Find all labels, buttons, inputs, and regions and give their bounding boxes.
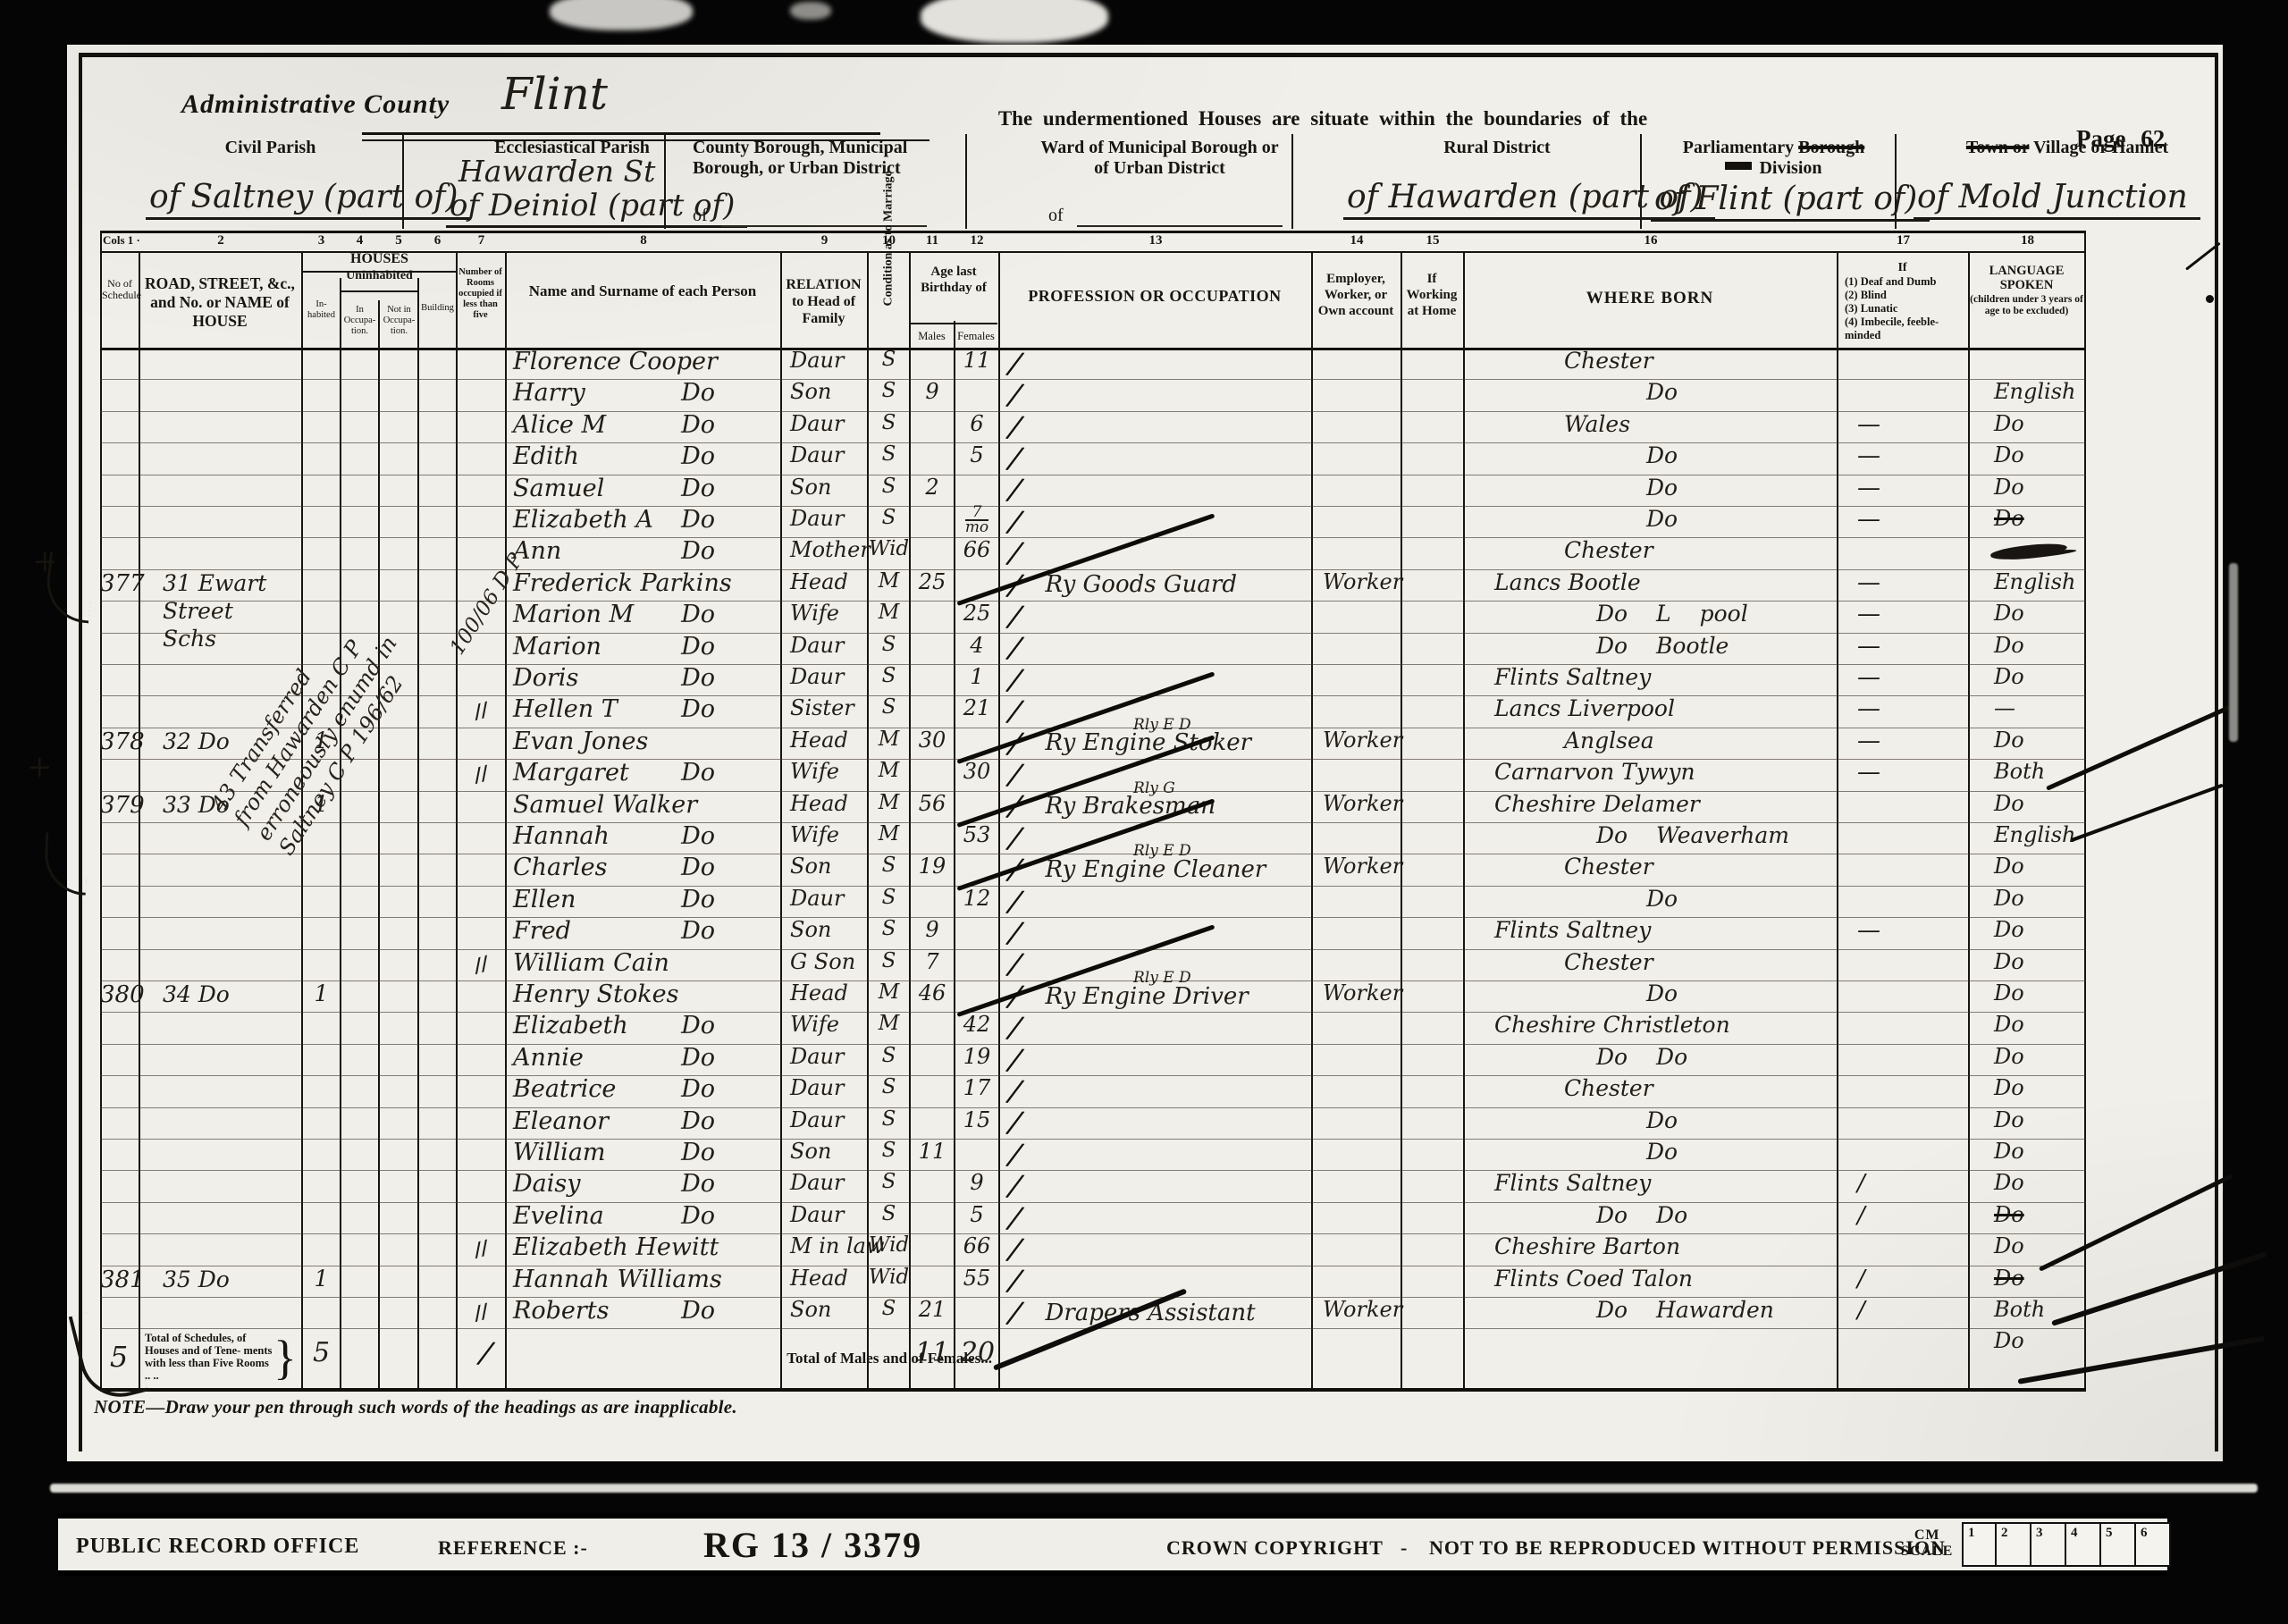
total-houses-value: 5 xyxy=(302,1337,341,1368)
header-females: Females xyxy=(955,323,997,348)
age-female-cell: 53 xyxy=(955,822,999,854)
film-artifact xyxy=(790,2,831,20)
occupation-cell: / xyxy=(999,1044,1312,1075)
age-female-cell: 15 xyxy=(955,1107,999,1139)
name-cell: RobertsDo xyxy=(506,1297,781,1328)
relation-cell: Daur xyxy=(781,506,868,537)
table-row: DaisyDoDaurS9/Flints Saltney/Do xyxy=(100,1170,2086,1202)
condition-cell: S xyxy=(868,348,910,379)
town-village-value: of Mold Junction xyxy=(1914,179,2200,220)
name-cell: Elizabeth Hewitt xyxy=(506,1233,781,1265)
occupation-cell: / xyxy=(999,1170,1312,1201)
census-table: Cols 1 ·23456789101112131415161718 No of… xyxy=(100,231,2086,1392)
table-row: EdithDoDaurS5/Do—Do xyxy=(100,442,2086,475)
schedule-cell: 379 xyxy=(100,791,139,822)
relation-cell: Daur xyxy=(781,348,868,379)
age-female-cell: 30 xyxy=(955,759,999,790)
division-word: Division xyxy=(1759,158,1821,178)
reference-bar: PUBLIC RECORD OFFICE REFERENCE :- RG 13 … xyxy=(58,1513,2167,1576)
table-row: CharlesDoSonS19/Rly E DRy Engine Cleaner… xyxy=(100,854,2086,886)
table-row: EvelinaDoDaurS5/Do Do/Do xyxy=(100,1202,2086,1234)
rule xyxy=(362,132,880,135)
age-female-cell: 5 xyxy=(955,442,999,474)
condition-cell: M xyxy=(868,791,910,822)
condition-cell: M xyxy=(868,728,910,759)
condition-cell: S xyxy=(868,1202,910,1233)
condition-cell: M xyxy=(868,1012,910,1043)
civil-parish-value: of Saltney (part of) xyxy=(146,179,471,220)
table-row: EleanorDoDaurS15/DoDo xyxy=(100,1107,2086,1140)
infirmity-mark-cell: — xyxy=(1838,664,1969,695)
occupation-cell: / xyxy=(999,1233,1312,1265)
header-schedule: No of Schedule xyxy=(102,251,138,348)
name-cell: HarryDo xyxy=(506,379,781,410)
condition-cell: S xyxy=(868,695,910,727)
totals-row: 5 Total of Schedules, of Houses and of T… xyxy=(100,1328,2086,1388)
blank-line xyxy=(721,225,927,227)
occupation-cell: / xyxy=(999,633,1312,664)
name-cell: AnnieDo xyxy=(506,1044,781,1075)
table-row: SamuelDoSonS2/Do—Do xyxy=(100,475,2086,507)
where-born-cell: Do Do xyxy=(1464,1202,1838,1233)
cm-scale-ruler: 123456 xyxy=(1962,1522,2171,1567)
where-born-cell: Chester xyxy=(1464,854,1838,885)
infirmity-mark-cell: — xyxy=(1838,569,1969,601)
infirmity-mark-cell: — xyxy=(1838,442,1969,474)
age-female-cell: 19 xyxy=(955,1044,999,1075)
inhabited-cell: 1 xyxy=(302,1266,341,1297)
film-artifact xyxy=(921,0,1108,43)
age-female-cell: 42 xyxy=(955,1012,999,1043)
name-cell: BeatriceDo xyxy=(506,1075,781,1107)
name-cell: DorisDo xyxy=(506,664,781,695)
relation-cell: Wife xyxy=(781,1012,868,1043)
ward-label: Ward of Municipal Borough or of Urban Di… xyxy=(1037,138,1283,179)
header-where-born: WHERE BORN xyxy=(1464,251,1836,348)
infirmity-line: (1) Deaf and Dumb xyxy=(1845,275,1967,289)
brace: } xyxy=(273,1330,297,1385)
infirmity-line: (4) Imbecile, feeble-minded xyxy=(1845,316,1967,342)
relation-cell: Daur xyxy=(781,1044,868,1075)
town-village-label: Town or Village or Hamlet xyxy=(1906,138,2228,158)
table-row: Marion MDoWifeM25/Do L pool—Do xyxy=(100,601,2086,633)
condition-cell: M xyxy=(868,601,910,632)
header-infirmity: If (1) Deaf and Dumb(2) Blind(3) Lunatic… xyxy=(1838,251,1967,348)
table-row: HannahDoWifeM53/Do WeaverhamDo xyxy=(100,822,2086,854)
occupation-cell: / xyxy=(999,1012,1312,1043)
name-cell: CharlesDo xyxy=(506,854,781,885)
header-uninhabited: Uninhabited xyxy=(341,271,418,292)
table-row: ElizabethDoWifeM42/Cheshire ChristletonD… xyxy=(100,1012,2086,1044)
occupation-cell: / xyxy=(999,379,1312,410)
scale-tick: 3 xyxy=(2031,1522,2066,1567)
situate-line: The undermentioned Houses are situate wi… xyxy=(943,107,1703,130)
margin-cross: + xyxy=(27,749,53,785)
relation-cell: Son xyxy=(781,917,868,948)
header-males: Males xyxy=(910,323,954,348)
name-cell: Evan Jones xyxy=(506,728,781,759)
age-male-cell: 56 xyxy=(910,791,955,822)
strike-mark xyxy=(1725,162,1752,170)
struck-town-or: Town or xyxy=(1966,138,2030,157)
occupation-cell: /Rly E DRy Engine Cleaner xyxy=(999,854,1312,885)
admin-county-label: Administrative County xyxy=(181,89,450,120)
parliamentary-word: Parliamentary xyxy=(1683,138,1794,157)
scale-tick: 5 xyxy=(2101,1522,2136,1567)
relation-cell: Daur xyxy=(781,664,868,695)
where-born-cell: Do Do xyxy=(1464,1044,1838,1075)
struck-borough: Borough xyxy=(1798,138,1864,157)
scale-tick: 4 xyxy=(2066,1522,2101,1567)
table-row: WilliamDoSonS11/DoDo xyxy=(100,1139,2086,1171)
infirmity-mark-cell: / xyxy=(1838,1266,1969,1297)
occupation-cell: / xyxy=(999,475,1312,506)
infirmity-if: If xyxy=(1838,260,1967,275)
name-cell: AnnDo xyxy=(506,537,781,568)
relation-cell: Daur xyxy=(781,886,868,917)
occupation-cell: / xyxy=(999,1202,1312,1233)
name-cell: Alice MDo xyxy=(506,411,781,442)
where-born-cell: Cheshire Barton xyxy=(1464,1233,1838,1265)
age-female-cell: 5 xyxy=(955,1202,999,1233)
age-male-cell: 7 xyxy=(910,949,955,980)
where-born-cell: Do xyxy=(1464,1107,1838,1139)
relation-cell: Wife xyxy=(781,601,868,632)
where-born-cell: Do Bootle xyxy=(1464,633,1838,664)
infirmity-line: (3) Lunatic xyxy=(1845,302,1967,316)
column-number: 13 xyxy=(999,233,1312,248)
condition-cell: S xyxy=(868,475,910,506)
employer-cell: Worker xyxy=(1312,569,1401,601)
infirmity-mark-cell: — xyxy=(1838,695,1969,727)
condition-cell: S xyxy=(868,1075,910,1107)
column-number: 17 xyxy=(1838,233,1969,248)
condition-cell: M xyxy=(868,569,910,601)
schedule-cell: 378 xyxy=(100,728,139,759)
infirmity-mark-cell: — xyxy=(1838,601,1969,632)
table-row: BeatriceDoDaurS17/ChesterDo xyxy=(100,1075,2086,1107)
name-cell: SamuelDo xyxy=(506,475,781,506)
infirmity-mark-cell: — xyxy=(1838,728,1969,759)
table-row: 38135 Do1Hannah WilliamsHeadWid55/Flints… xyxy=(100,1266,2086,1298)
employer-cell: Worker xyxy=(1312,980,1401,1012)
where-born-cell: Carnarvon Tywyn xyxy=(1464,759,1838,790)
age-male-cell: 11 xyxy=(910,1139,955,1170)
relation-cell: Son xyxy=(781,854,868,885)
age-male-cell: 25 xyxy=(910,569,955,601)
ink-dot xyxy=(2206,295,2214,303)
column-number: 12 xyxy=(955,233,999,248)
age-male-cell: 46 xyxy=(910,980,955,1012)
occupation-cell: / xyxy=(999,886,1312,917)
header-inhabited: In-habited xyxy=(302,271,341,348)
name-cell: Hellen TDo xyxy=(506,695,781,727)
condition-cell: S xyxy=(868,664,910,695)
relation-cell: Sister xyxy=(781,695,868,727)
name-cell: ElizabethDo xyxy=(506,1012,781,1043)
relation-cell: M in law xyxy=(781,1233,868,1265)
name-cell: MargaretDo xyxy=(506,759,781,790)
relation-cell: Daur xyxy=(781,1075,868,1107)
where-born-cell: Chester xyxy=(1464,348,1838,379)
name-cell: Marion MDo xyxy=(506,601,781,632)
divider xyxy=(1291,134,1293,229)
column-number: 3 xyxy=(302,233,341,248)
age-female-cell: 9 xyxy=(955,1170,999,1201)
name-cell: WilliamDo xyxy=(506,1139,781,1170)
relation-cell: Head xyxy=(781,1266,868,1297)
header-not-in-occupation: Not in Occupa-tion. xyxy=(380,292,418,348)
condition-cell: S xyxy=(868,854,910,885)
occupation-cell: /Ry Goods Guard xyxy=(999,569,1312,601)
scale-tick: 6 xyxy=(2136,1522,2171,1567)
table-row: 37832 Do1Evan JonesHeadM30/Rly E DRy Eng… xyxy=(100,728,2086,760)
ink-tick: / xyxy=(478,1335,494,1372)
total-females-value: 20 xyxy=(956,1337,999,1368)
relation-cell: Son xyxy=(781,475,868,506)
name-cell: HannahDo xyxy=(506,822,781,854)
column-number: 9 xyxy=(781,233,868,248)
margin-cross: + xyxy=(32,543,58,579)
relation-cell: Mother xyxy=(781,537,868,568)
occupation-cell: / xyxy=(999,442,1312,474)
schedule-cell: 380 xyxy=(100,980,139,1012)
where-born-cell: Lancs Liverpool xyxy=(1464,695,1838,727)
header-building: Building xyxy=(418,271,457,348)
table-row: 38034 Do1Henry StokesHeadM46/Rly E DRy E… xyxy=(100,980,2086,1013)
age-female-cell: 6 xyxy=(955,411,999,442)
condition-cell: Wid xyxy=(868,537,910,568)
name-cell: EllenDo xyxy=(506,886,781,917)
age-female-cell: 4 xyxy=(955,633,999,664)
cm-scale-label: CMSCALE xyxy=(1901,1527,1953,1560)
occupation-cell: / xyxy=(999,1266,1312,1297)
age-male-cell: 2 xyxy=(910,475,955,506)
where-born-cell: Flints Saltney xyxy=(1464,917,1838,948)
occupation-cell: / xyxy=(999,1139,1312,1170)
age-female-cell: 1 xyxy=(955,664,999,695)
occupation-cell: / xyxy=(999,1075,1312,1107)
condition-cell: Wid xyxy=(868,1233,910,1265)
age-female-cell: 55 xyxy=(955,1266,999,1297)
infirmity-mark-cell: / xyxy=(1838,1170,1969,1201)
condition-cell: S xyxy=(868,1297,910,1328)
occupation-cell: / xyxy=(999,537,1312,568)
table-row: //Elizabeth HewittM in lawWid66/Cheshire… xyxy=(100,1233,2086,1266)
header-profession: PROFESSION OR OCCUPATION xyxy=(999,251,1310,348)
where-born-cell: Cheshire Delamer xyxy=(1464,791,1838,822)
infirmity-mark-cell: — xyxy=(1838,411,1969,442)
employer-cell: Worker xyxy=(1312,1297,1401,1328)
where-born-cell: Anglsea xyxy=(1464,728,1838,759)
age-female-cell: 66 xyxy=(955,537,999,568)
where-born-cell: Do Weaverham xyxy=(1464,822,1838,854)
county-borough-label: County Borough, Municipal Borough, or Ur… xyxy=(682,138,965,179)
condition-cell: S xyxy=(868,886,910,917)
column-number: 14 xyxy=(1312,233,1401,248)
age-female-cell: 7mo xyxy=(955,506,999,537)
name-cell: DaisyDo xyxy=(506,1170,781,1201)
where-born-cell: Flints Saltney xyxy=(1464,1170,1838,1201)
where-born-cell: Do xyxy=(1464,980,1838,1012)
employer-cell: Worker xyxy=(1312,791,1401,822)
blank-line xyxy=(1077,225,1283,227)
infirmity-mark-cell: — xyxy=(1838,475,1969,506)
relation-cell: Daur xyxy=(781,1202,868,1233)
header-age: Age last Birthday of xyxy=(910,251,997,296)
condition-cell: S xyxy=(868,411,910,442)
table-row: FredDoSonS9/Flints Saltney—Do xyxy=(100,917,2086,949)
film-streak xyxy=(50,1484,2258,1493)
census-page: Administrative County Flint The undermen… xyxy=(67,45,2223,1461)
address-cell: 31 EwartStreetSchs xyxy=(139,569,302,601)
where-born-cell: Chester xyxy=(1464,1075,1838,1107)
language-subtitle: (children under 3 years of age to be exc… xyxy=(1969,294,2084,317)
age-male-cell: 21 xyxy=(910,1297,955,1328)
column-number: 15 xyxy=(1401,233,1464,248)
relation-cell: Wife xyxy=(781,759,868,790)
column-header-row: No of Schedule ROAD, STREET, &c., and No… xyxy=(100,251,2086,350)
name-cell: Samuel Walker xyxy=(506,791,781,822)
name-cell: Elizabeth ADo xyxy=(506,506,781,537)
table-row: Alice MDoDaurS6/Wales—Do xyxy=(100,411,2086,443)
total-males-value: 11 xyxy=(912,1337,953,1368)
reproduction-notice: NOT TO BE REPRODUCED WITHOUT PERMISSION xyxy=(1429,1536,1946,1560)
table-row: 37731 EwartStreetSchsFrederick ParkinsHe… xyxy=(100,569,2086,602)
column-number: 18 xyxy=(1969,233,2086,248)
language-cell: Do xyxy=(1969,1328,2086,1359)
relation-cell: Son xyxy=(781,1297,868,1328)
where-born-cell: Wales xyxy=(1464,411,1838,442)
employer-cell: Worker xyxy=(1312,854,1401,885)
name-cell: EdithDo xyxy=(506,442,781,474)
condition-cell: S xyxy=(868,1170,910,1201)
where-born-cell: Flints Saltney xyxy=(1464,664,1838,695)
where-born-cell: Flints Coed Talon xyxy=(1464,1266,1838,1297)
condition-cell: S xyxy=(868,506,910,537)
relation-cell: Head xyxy=(781,569,868,601)
occupation-cell: / xyxy=(999,348,1312,379)
age-male-cell: 30 xyxy=(910,728,955,759)
copyright-label: CROWN COPYRIGHT xyxy=(1166,1536,1384,1560)
relation-cell: Daur xyxy=(781,411,868,442)
condition-cell: S xyxy=(868,442,910,474)
county-borough-of: of xyxy=(693,206,708,226)
condition-cell: S xyxy=(868,917,910,948)
ward-of: of xyxy=(1048,206,1064,226)
language-title: LANGUAGE SPOKEN xyxy=(1969,264,2084,292)
film-artifact xyxy=(550,0,693,30)
film-streak xyxy=(2229,563,2238,742)
condition-cell: S xyxy=(868,1107,910,1139)
relation-cell: Daur xyxy=(781,1107,868,1139)
column-number: 7 xyxy=(457,233,506,248)
village-hamlet-word: Village or Hamlet xyxy=(2033,138,2168,157)
where-born-cell: Do xyxy=(1464,886,1838,917)
relation-cell: Wife xyxy=(781,822,868,854)
header-condition: Condition as to Marriage xyxy=(868,251,908,348)
reference-number: RG 13 / 3379 xyxy=(703,1524,922,1566)
header-working-home: If Working at Home xyxy=(1401,251,1462,348)
address-cell: 34 Do xyxy=(139,980,302,1012)
relation-cell: Son xyxy=(781,1139,868,1170)
column-number-row: Cols 1 ·23456789101112131415161718 xyxy=(100,233,2086,253)
occupation-cell: / xyxy=(999,1107,1312,1139)
condition-cell: S xyxy=(868,633,910,664)
where-born-cell: Do xyxy=(1464,1139,1838,1170)
infirmity-line: (2) Blind xyxy=(1845,289,1967,302)
infirmity-mark-cell: / xyxy=(1838,1297,1969,1328)
total-schedules-label: Total of Schedules, of Houses and of Ten… xyxy=(145,1332,275,1382)
civil-parish-label: Civil Parish xyxy=(139,138,402,158)
admin-county-value: Flint xyxy=(501,68,608,120)
infirmity-mark-cell: / xyxy=(1838,1202,1969,1233)
relation-cell: Daur xyxy=(781,442,868,474)
relation-cell: G Son xyxy=(781,949,868,980)
where-born-cell: Do L pool xyxy=(1464,601,1838,632)
footnote: NOTE—Draw your pen through such words of… xyxy=(94,1396,737,1418)
header-rooms: Number of Rooms occupied if less than fi… xyxy=(457,251,504,348)
condition-cell: S xyxy=(868,1139,910,1170)
parliamentary-value: of Flint (part of) xyxy=(1651,181,1930,222)
age-female-cell: 21 xyxy=(955,695,999,727)
condition-cell: S xyxy=(868,949,910,980)
condition-cell: M xyxy=(868,980,910,1012)
relation-cell: Head xyxy=(781,980,868,1012)
where-born-cell: Do xyxy=(1464,506,1838,537)
relation-cell: Son xyxy=(781,379,868,410)
infirmity-mark-cell: — xyxy=(1838,759,1969,790)
where-born-cell: Do xyxy=(1464,379,1838,410)
age-male-cell: 9 xyxy=(910,379,955,410)
header-employer: Employer, Worker, or Own account xyxy=(1312,251,1400,348)
table-row: AnnieDoDaurS19/Do DoDo xyxy=(100,1044,2086,1076)
name-cell: Henry Stokes xyxy=(506,980,781,1012)
occupation-cell: / xyxy=(999,601,1312,632)
occupation-cell: /Rly E DRy Engine Driver xyxy=(999,980,1312,1012)
column-number: Cols 1 · xyxy=(100,233,142,248)
where-born-cell: Chester xyxy=(1464,537,1838,568)
table-row: EllenDoDaurS12/DoDo xyxy=(100,886,2086,918)
divider xyxy=(965,134,967,229)
occupation-cell: / xyxy=(999,411,1312,442)
where-born-cell: Cheshire Christleton xyxy=(1464,1012,1838,1043)
margin-arrow xyxy=(44,832,88,896)
where-born-cell: Do Hawarden xyxy=(1464,1297,1838,1328)
header-name: Name and Surname of each Person xyxy=(506,251,779,348)
name-cell: Hannah Williams xyxy=(506,1266,781,1297)
inhabited-cell: 1 xyxy=(302,980,341,1012)
where-born-cell: Do xyxy=(1464,442,1838,474)
infirmity-mark-cell: — xyxy=(1838,917,1969,948)
age-female-cell: 66 xyxy=(955,1233,999,1265)
record-office-label: PUBLIC RECORD OFFICE xyxy=(76,1535,359,1559)
condition-cell: S xyxy=(868,1044,910,1075)
column-number: 5 xyxy=(379,233,418,248)
name-cell: EvelinaDo xyxy=(506,1202,781,1233)
name-cell: Frederick Parkins xyxy=(506,569,781,601)
column-number: 8 xyxy=(506,233,781,248)
relation-cell: Daur xyxy=(781,1170,868,1201)
age-male-cell: 9 xyxy=(910,917,955,948)
age-female-cell: 11 xyxy=(955,348,999,379)
schedule-cell: 381 xyxy=(100,1266,139,1297)
condition-cell: M xyxy=(868,822,910,854)
header-in-occupation: In Occupa-tion. xyxy=(341,292,379,348)
header-road: ROAD, STREET, &c., and No. or NAME of HO… xyxy=(141,251,299,348)
relation-cell: Head xyxy=(781,728,868,759)
age-female-cell: 25 xyxy=(955,601,999,632)
